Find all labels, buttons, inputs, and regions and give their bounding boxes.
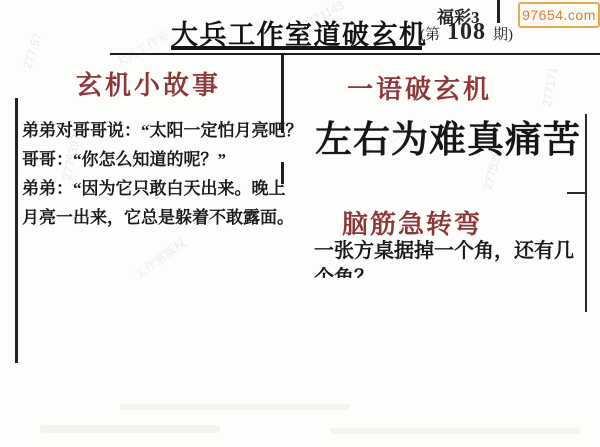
watermark-text: 277.57 bbox=[20, 31, 45, 70]
story-line: 弟弟：“因为它只敢白天出来。晚上 bbox=[22, 174, 280, 203]
story-line: 月亮一出来，它总是躲着不敢露面。 bbox=[22, 203, 280, 232]
mystery-phrase-text: 左右为难真痛苦 bbox=[315, 109, 581, 163]
story-text-block: 弟弟对哥哥说：“太阳一定怕月亮吧？ 哥哥：“你怎么知道的呢？” 弟弟：“因为它只… bbox=[22, 116, 280, 232]
site-watermark-text: 97654.com bbox=[522, 7, 596, 23]
issue-suffix: 期) bbox=[493, 27, 513, 43]
left-border-line bbox=[15, 98, 18, 363]
section-title-brain-teaser: 脑筋急转弯 bbox=[342, 204, 482, 241]
story-line: 哥哥：“你怎么知道的呢？” bbox=[22, 145, 280, 174]
right-border-line bbox=[585, 114, 587, 312]
watermark-text: 工作室版权 bbox=[131, 234, 190, 282]
section-title-one-phrase: 一语破玄机 bbox=[347, 69, 492, 106]
riddle-text-block: 一张方桌据掉一个角，还有几 个角？ bbox=[314, 238, 586, 278]
riddle-line-clipped: 个角？ bbox=[314, 265, 586, 278]
header-divider-line bbox=[110, 53, 600, 55]
right-border-tick bbox=[567, 192, 586, 194]
scan-smudge bbox=[40, 425, 220, 433]
issue-number: 108 bbox=[444, 19, 489, 45]
riddle-line: 一张方桌据掉一个角，还有几 bbox=[314, 238, 586, 265]
section-title-mystery-story: 玄机小故事 bbox=[76, 65, 221, 102]
site-watermark-badge: 97654.com bbox=[518, 2, 600, 28]
issue-number-line: (第 108 期) bbox=[420, 19, 513, 46]
issue-prefix: (第 bbox=[420, 27, 440, 43]
watermark-text: 277171 bbox=[540, 66, 561, 108]
title-underline bbox=[171, 46, 422, 50]
scan-smudge bbox=[120, 404, 350, 410]
scanned-lottery-sheet: { "header": { "title": "大兵工作室道破玄机", "lot… bbox=[0, 0, 600, 447]
story-line: 弟弟对哥哥说：“太阳一定怕月亮吧？ bbox=[22, 116, 280, 145]
scan-smudge bbox=[330, 428, 580, 434]
